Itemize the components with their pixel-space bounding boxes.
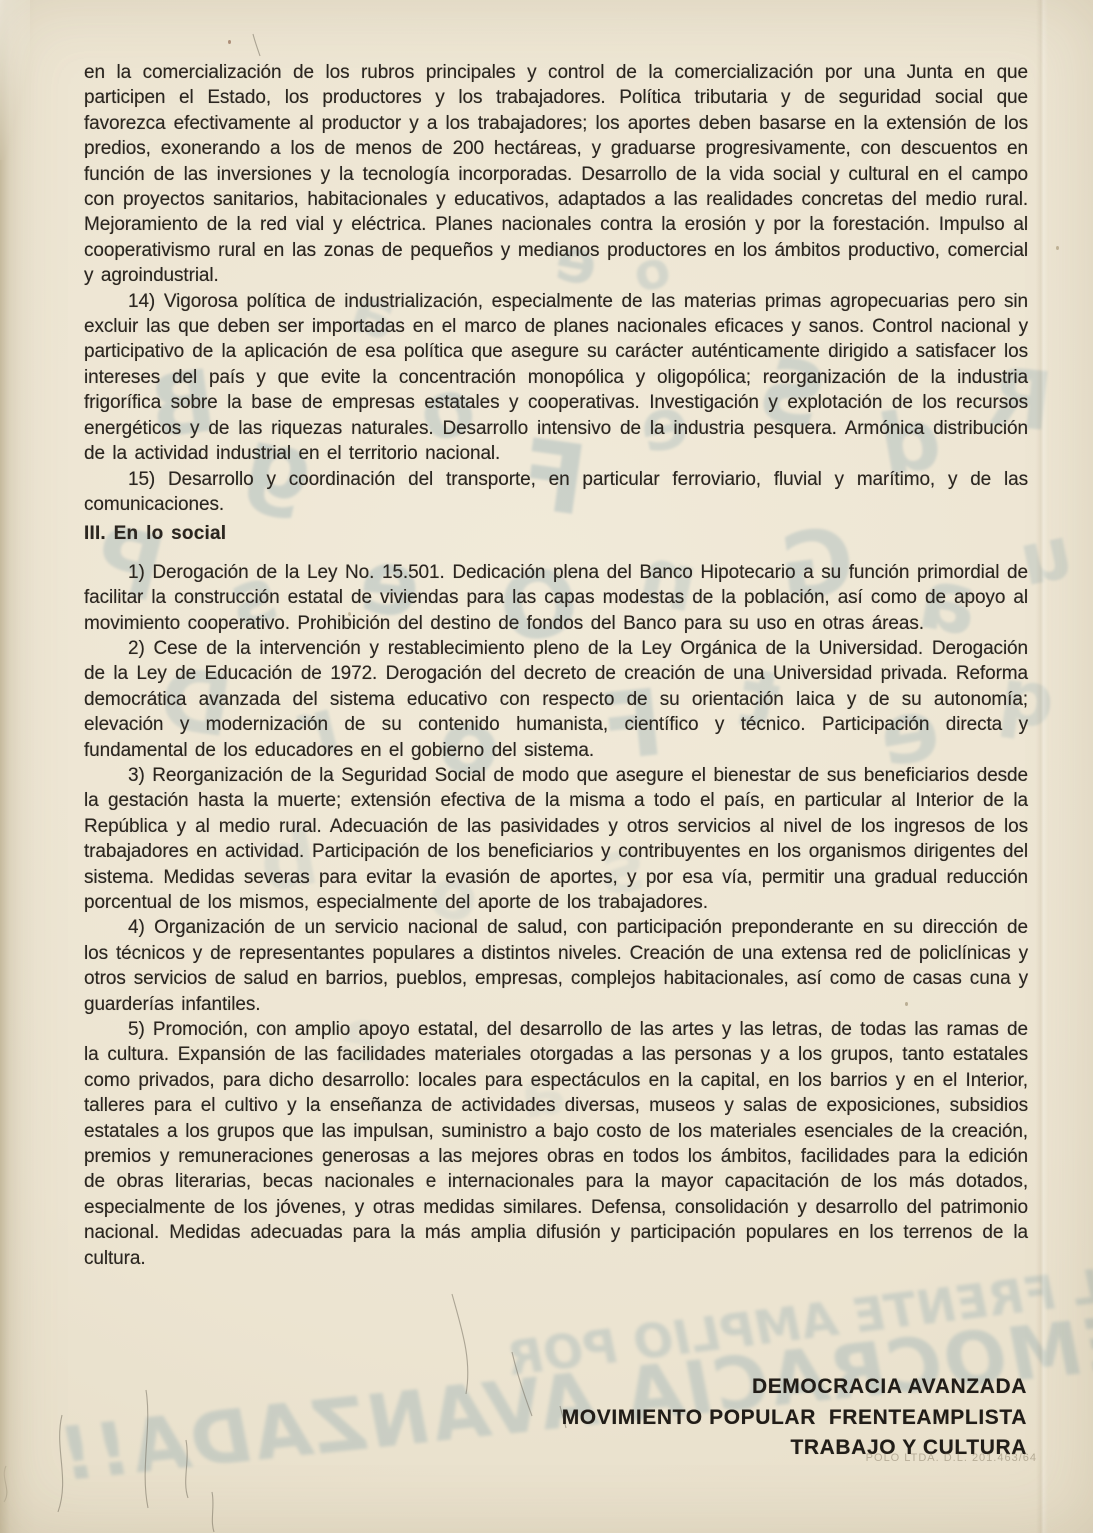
paragraph: 15) Desarrollo y coordinación del transp… [84,467,1028,518]
paper-speck [905,1002,908,1006]
paper-speck [1056,246,1059,250]
paragraph: 2) Cese de la intervención y restablecim… [84,636,1028,763]
paper-speck [348,612,351,616]
closing-line: MOVIMIENTO POPULAR FRENTEAMPLISTA [562,1403,1027,1434]
closing-slogans: DEMOCRACIA AVANZADAMOVIMIENTO POPULAR FR… [562,1372,1027,1464]
scanned-document-page: CON EL FRENTE AMPLIO POR UNA DEMOCRACIA … [0,0,1093,1533]
right-vertical-crease [1036,0,1048,1533]
paragraph: en la comercialización de los rubros pri… [84,60,1028,289]
printer-imprint: POLO LTDA. D.L. 201.463/64 [866,1452,1037,1464]
paragraph: 14) Vigorosa política de industrializaci… [84,289,1028,467]
paragraph: 1) Derogación de la Ley No. 15.501. Dedi… [84,560,1028,636]
paper-speck [686,118,689,122]
section-heading: III. En lo social [84,521,1028,546]
paragraph: 4) Organización de un servicio nacional … [84,915,1028,1017]
closing-line: DEMOCRACIA AVANZADA [562,1372,1027,1403]
left-edge-fold [0,0,36,1533]
paper-speck [228,40,231,44]
paragraph: 5) Promoción, con amplio apoyo estatal, … [84,1017,1028,1271]
document-text: en la comercialización de los rubros pri… [84,60,1028,1271]
paragraph: 3) Reorganización de la Seguridad Social… [84,763,1028,915]
top-left-corner-highlight [0,0,30,160]
